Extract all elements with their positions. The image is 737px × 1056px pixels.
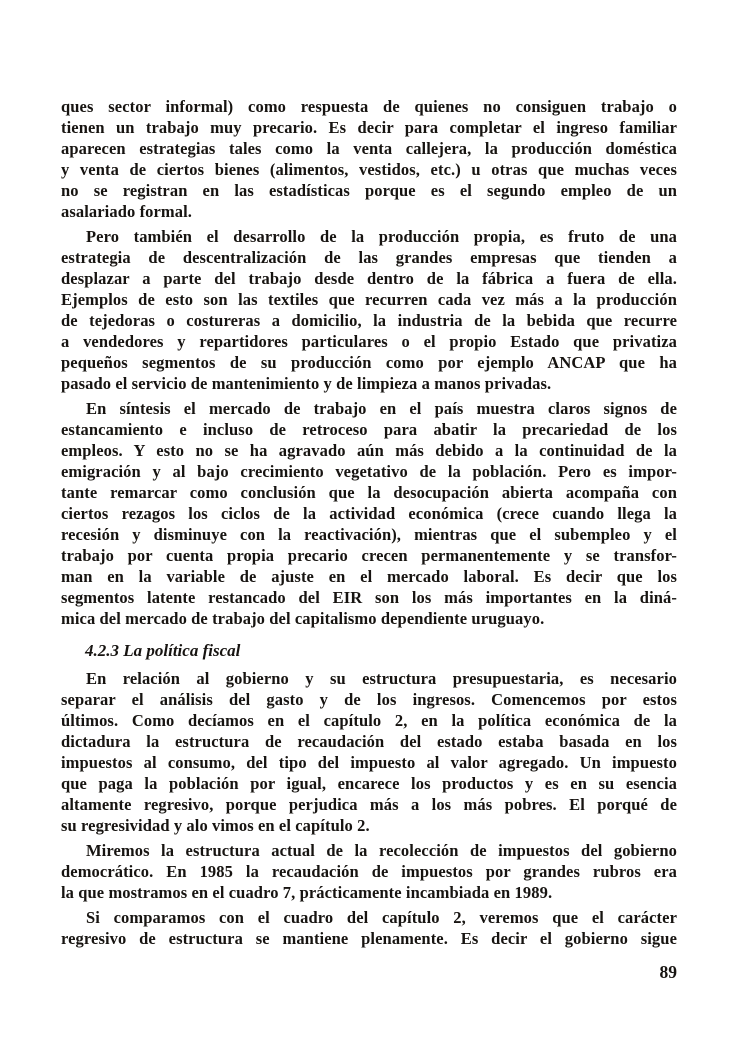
- text-line: tante remarcar como conclusión que la de…: [61, 482, 677, 503]
- text-line: impuestos al consumo, del tipo del impue…: [61, 752, 677, 773]
- text-line: estrategia de descentralización de las g…: [61, 247, 677, 268]
- text-line: pequeños segmentos de su producción como…: [61, 352, 677, 373]
- paragraph: En síntesis el mercado de trabajo en el …: [61, 398, 677, 629]
- text-line: Si comparamos con el cuadro del capítulo…: [61, 907, 677, 928]
- paragraph: En relación al gobierno y su estructura …: [61, 668, 677, 836]
- text-line: estancamiento e incluso de retroceso par…: [61, 419, 677, 440]
- text-line: democrático. En 1985 la recaudación de i…: [61, 861, 677, 882]
- paragraph: ques sector informal) como respuesta de …: [61, 96, 677, 222]
- text-line: aparecen estrategias tales como la venta…: [61, 138, 677, 159]
- text-line: que paga la población por igual, encarec…: [61, 773, 677, 794]
- section-heading: 4.2.3 La política fiscal: [61, 640, 677, 661]
- text-line: Ejemplos de esto son las textiles que re…: [61, 289, 677, 310]
- text-line: altamente regresivo, porque perjudica má…: [61, 794, 677, 815]
- text-line: ques sector informal) como respuesta de …: [61, 96, 677, 117]
- paragraph: Miremos la estructura actual de la recol…: [61, 840, 677, 903]
- text-line: man en la variable de ajuste en el merca…: [61, 566, 677, 587]
- text-line: últimos. Como decíamos en el capítulo 2,…: [61, 710, 677, 731]
- text-line: de tejedoras o costureras a domicilio, l…: [61, 310, 677, 331]
- text-line: y venta de ciertos bienes (alimentos, ve…: [61, 159, 677, 180]
- text-line: empleos. Y esto no se ha agravado aún má…: [61, 440, 677, 461]
- text-line: emigración y al bajo crecimiento vegetat…: [61, 461, 677, 482]
- text-line: ciertos rezagos los ciclos de la activid…: [61, 503, 677, 524]
- text-line: dictadura la estructura de recaudación d…: [61, 731, 677, 752]
- text-line: trabajo por cuenta propia precario crece…: [61, 545, 677, 566]
- text-line: asalariado formal.: [61, 201, 677, 222]
- page-text: ques sector informal) como respuesta de …: [61, 96, 677, 949]
- text-line: En síntesis el mercado de trabajo en el …: [61, 398, 677, 419]
- text-line: segmentos latente restancado del EIR son…: [61, 587, 677, 608]
- text-line: En relación al gobierno y su estructura …: [61, 668, 677, 689]
- text-line: desplazar a parte del trabajo desde dent…: [61, 268, 677, 289]
- text-line: separar el análisis del gasto y de los i…: [61, 689, 677, 710]
- text-line: a vendedores y repartidores particulares…: [61, 331, 677, 352]
- text-line: la que mostramos en el cuadro 7, práctic…: [61, 882, 677, 903]
- text-line: regresivo de estructura se mantiene plen…: [61, 928, 677, 949]
- paragraph: Pero también el desarrollo de la producc…: [61, 226, 677, 394]
- paragraph: Si comparamos con el cuadro del capítulo…: [61, 907, 677, 949]
- text-line: mica del mercado de trabajo del capitali…: [61, 608, 677, 629]
- text-line: pasado el servicio de mantenimiento y de…: [61, 373, 677, 394]
- text-line: su regresividad y alo vimos en el capítu…: [61, 815, 677, 836]
- text-line: tienen un trabajo muy precario. Es decir…: [61, 117, 677, 138]
- book-page: ques sector informal) como respuesta de …: [0, 0, 737, 1056]
- text-line: Pero también el desarrollo de la producc…: [61, 226, 677, 247]
- text-line: recesión y disminuye con la reactivación…: [61, 524, 677, 545]
- page-number: 89: [660, 962, 678, 983]
- text-line: no se registran en las estadísticas porq…: [61, 180, 677, 201]
- text-line: Miremos la estructura actual de la recol…: [61, 840, 677, 861]
